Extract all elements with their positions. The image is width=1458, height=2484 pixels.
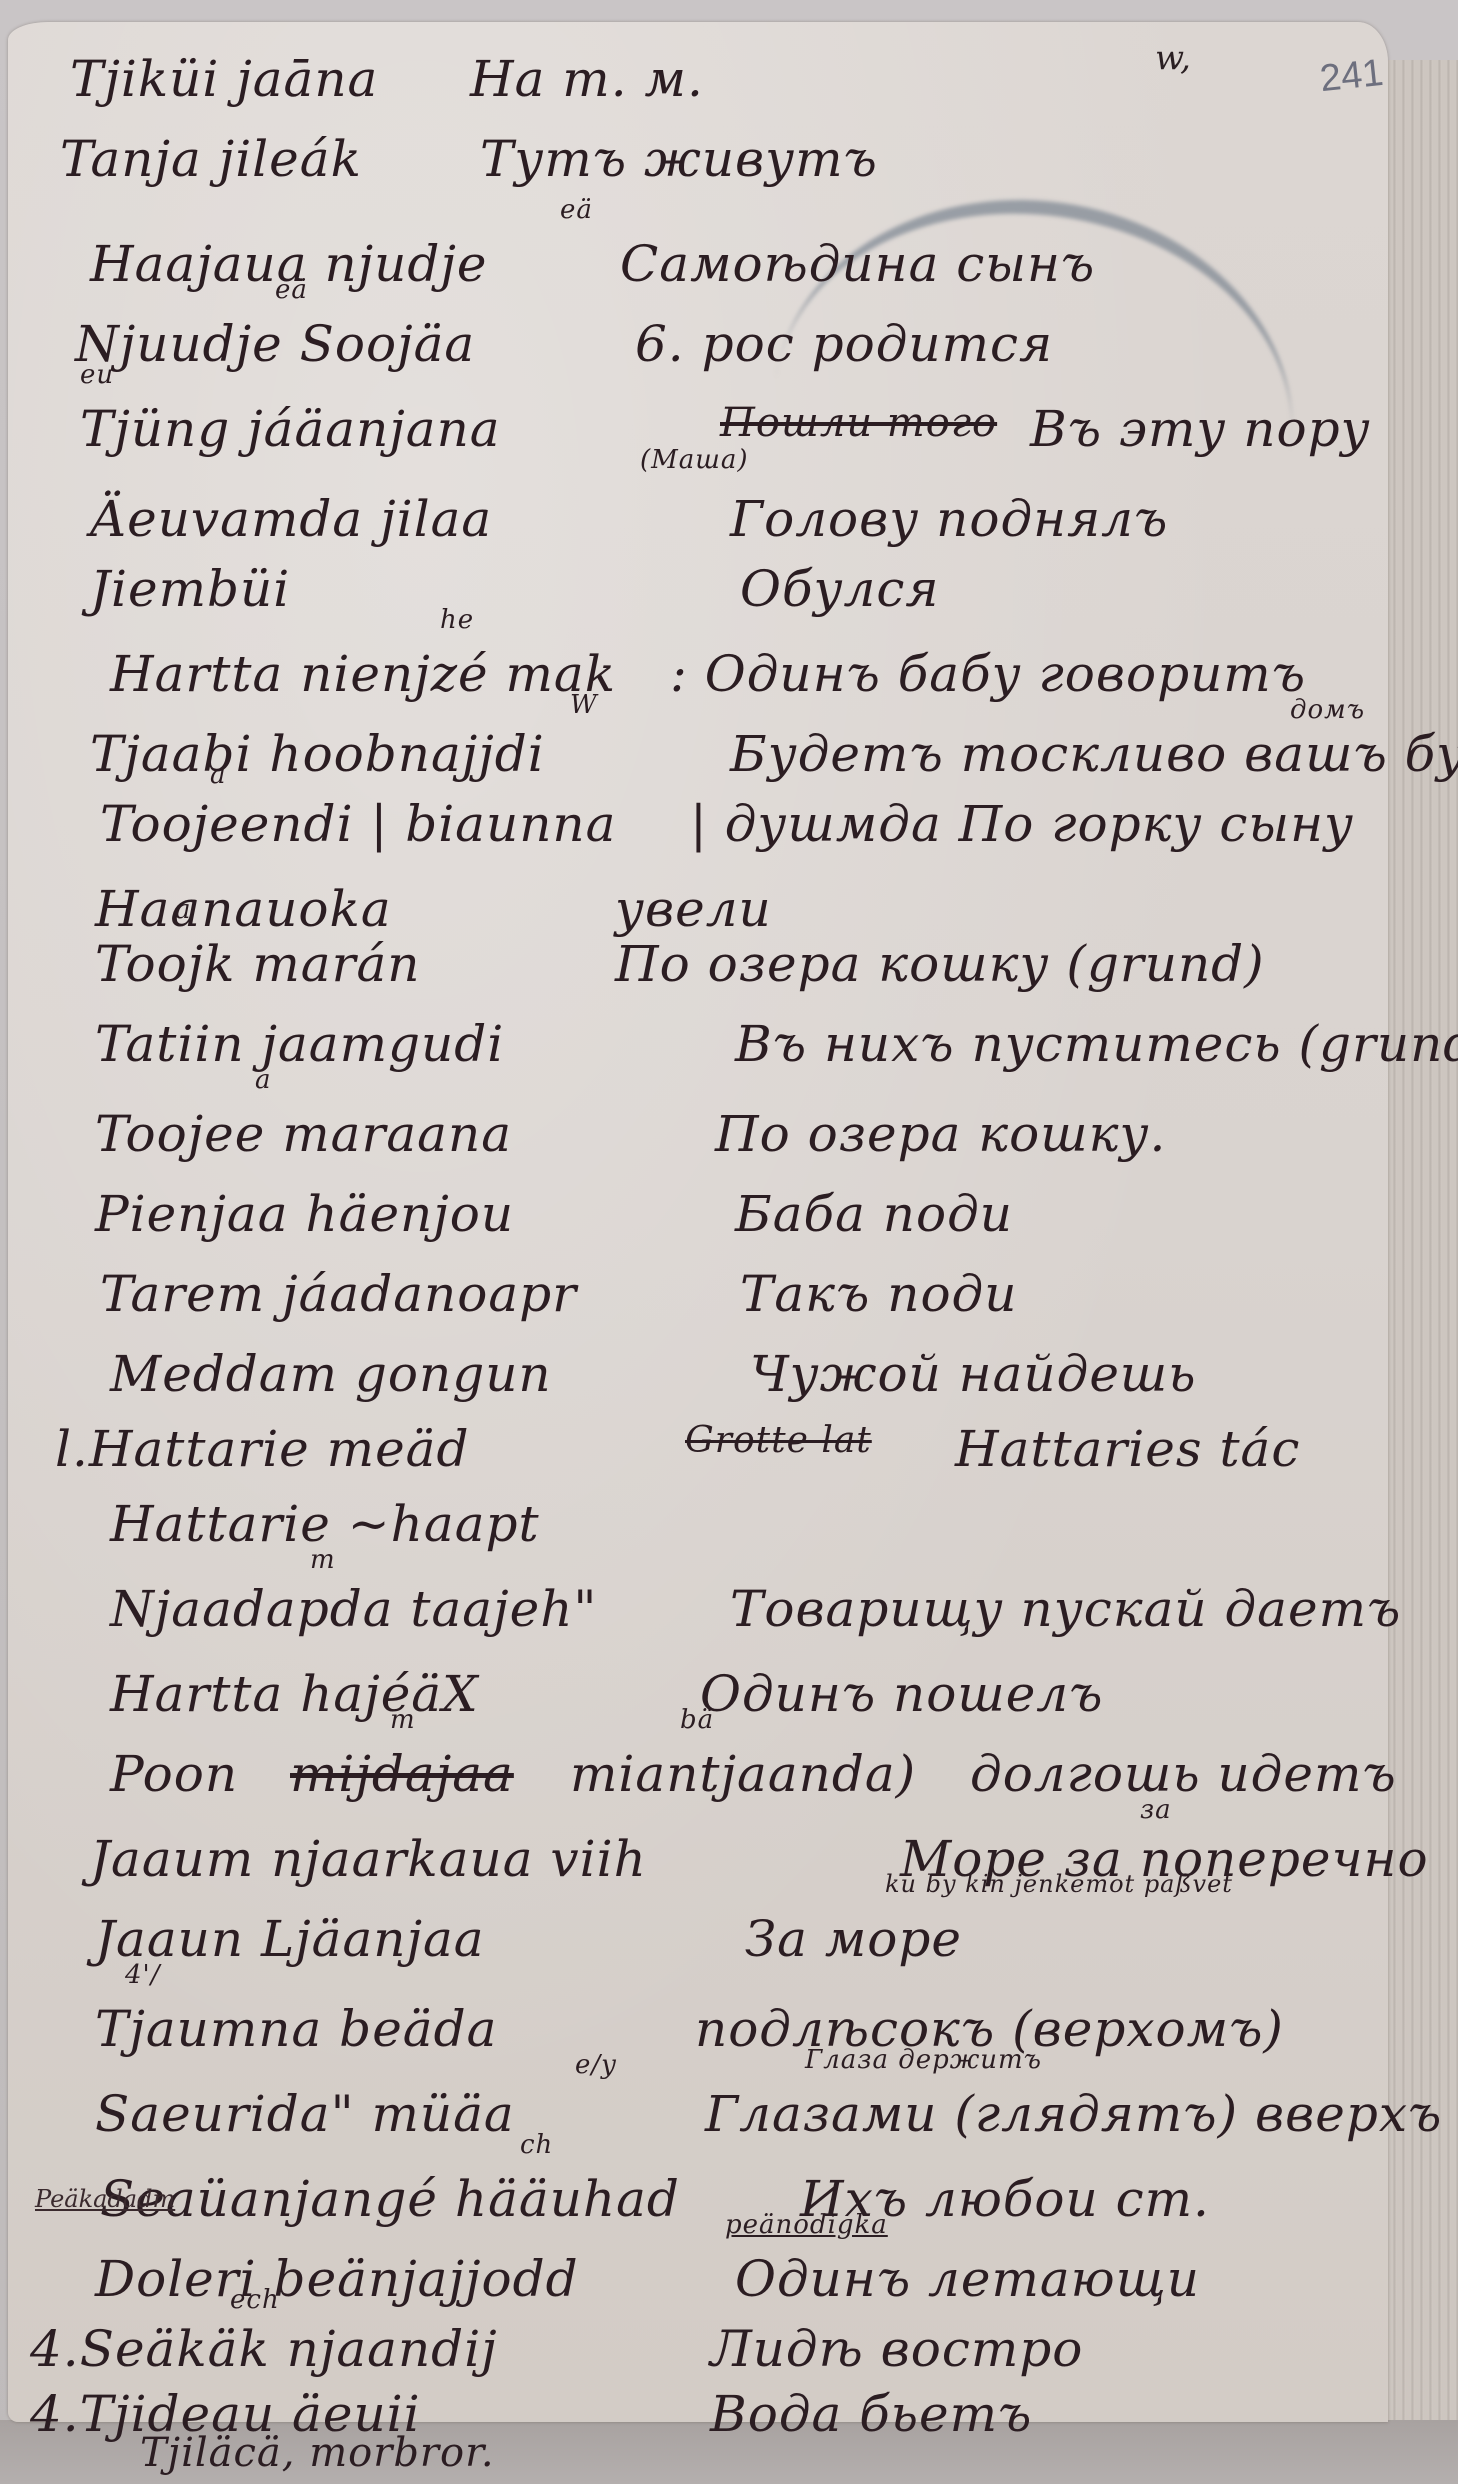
- struck-text: Grotte lat: [685, 1420, 872, 1461]
- manuscript-line: Tjiläcä, morbror.: [140, 2430, 495, 2476]
- sami-text: Njaadapda taajeh": [110, 1580, 597, 1638]
- struck-text: Пошли того: [720, 400, 997, 446]
- sami-text: Njuudje Soojäa: [75, 315, 475, 373]
- sami-text: Poon: [110, 1745, 238, 1803]
- manuscript-line: Meddam gongun Чужой найдешь: [110, 1345, 552, 1403]
- sami-text: Hartta nienjzé mak: [110, 645, 616, 703]
- superscript-note: ech: [230, 2285, 280, 2315]
- russian-text: Глазами (глядятъ) вверхъ: [705, 2085, 1442, 2143]
- superscript-note: a: [175, 895, 192, 925]
- manuscript-line: Hartta hajéäX Одинъ пошелъ: [110, 1665, 479, 1723]
- sami-text: Tjiküi jaāna: [70, 50, 378, 108]
- superscript-note: m: [310, 1545, 336, 1575]
- russian-text: увели: [615, 880, 772, 938]
- russian-text: : Одинъ бабу говоритъ: [670, 645, 1306, 703]
- manuscript-line: Toojk marán a По озера кошку (grund): [95, 935, 421, 993]
- russian-text: Такъ поди: [740, 1265, 1017, 1323]
- sami-text: Tanja jileák: [60, 130, 362, 188]
- manuscript-line: Pienjaa häenjou Баба поди: [95, 1185, 514, 1243]
- russian-text: 6. рос родится: [635, 315, 1053, 373]
- russian-text: Лидѣ вострo: [710, 2320, 1083, 2378]
- sami-text: Äeuvamda jilaa: [90, 490, 492, 548]
- superscript-note: a: [255, 1065, 272, 1095]
- manuscript-line: Doleri beänjajjodd Одинъ летающи peänodi…: [95, 2250, 579, 2308]
- note-text: Глаза держитъ: [805, 2045, 1042, 2075]
- superscript-note: 4'/: [125, 1960, 160, 1990]
- sami-text: Tjüng jáäanjana: [80, 400, 501, 458]
- sami-text: l.Hattarie meäd: [55, 1420, 470, 1478]
- russian-text: Въ эту пору: [1030, 400, 1371, 458]
- sami-text: Tjiläcä, morbror.: [140, 2430, 495, 2476]
- manuscript-line: Njuudje Soojäa eä 6. рос родится: [75, 315, 475, 373]
- superscript-note: eä: [275, 275, 308, 305]
- superscript-note: bä: [680, 1705, 714, 1735]
- sami-text: Tarem jáadanoapr: [100, 1265, 577, 1323]
- russian-text: долгошь идетъ: [970, 1745, 1397, 1803]
- sami-text: Hartta hajéäX: [110, 1665, 479, 1723]
- russian-text: Одинъ пошелъ: [700, 1665, 1103, 1723]
- russian-text: По озера кошку (grund): [615, 935, 1265, 993]
- russian-text: Баба поди: [735, 1185, 1013, 1243]
- russian-text: На т. м.: [470, 50, 704, 108]
- sami-text: Pienjaa häenjou: [95, 1185, 514, 1243]
- sami-text: Tatiin jaamgudi: [95, 1015, 504, 1073]
- sami-text: 4.Seäkäk njaandij: [30, 2320, 498, 2378]
- superscript-note: m: [390, 1705, 416, 1735]
- page-number: 241: [1318, 52, 1386, 101]
- russian-text: Въ нихъ пуститесь (grundt berget): [735, 1015, 1458, 1073]
- manuscript-line: Tjaumna beäda 4'/ подлѣсокъ (верхомъ): [95, 2000, 497, 2058]
- manuscript-line: Poon mijdajaa miantjaanda) m bä долгошь …: [110, 1745, 238, 1803]
- russian-text: За море: [745, 1910, 962, 1968]
- manuscript-line: Toojeendi | biaunna a | душмда По горку …: [100, 795, 616, 853]
- sami-text: Saeurida" müäa: [95, 2085, 515, 2143]
- superscript-note: eu: [80, 360, 114, 390]
- sami-text: Tjaumna beäda: [95, 2000, 497, 2058]
- superscript-note: W: [570, 690, 598, 720]
- sami-text: Seaüanjangé hääuhad: [100, 2170, 680, 2228]
- superscript-note: a: [210, 760, 227, 790]
- struck-text: mijdajaa: [290, 1745, 514, 1803]
- manuscript-line: Njaadapda taajeh" m Товарищу пускай дает…: [110, 1580, 597, 1638]
- manuscript-line: Haanauoka увели: [95, 880, 392, 938]
- russian-text: | душмда По горку сыну: [690, 795, 1354, 853]
- manuscript-line: Tjaabi hoobnajjdi W Будетъ тоскливо вашъ…: [90, 725, 545, 783]
- russian-text: Будетъ тоскливо вашъ бу-: [730, 725, 1458, 783]
- sami-text: Doleri beänjajjodd: [95, 2250, 579, 2308]
- margin-note: Peäkadadm: [35, 2185, 175, 2213]
- manuscript-line: Jaaum njaarkaua viih за Море за поперечн…: [90, 1830, 647, 1888]
- manuscript-line: Tjiküi jaāna На т. м.: [70, 50, 378, 108]
- superscript-note: eä: [560, 195, 593, 225]
- sami-text: Haanauoka: [95, 880, 392, 938]
- manuscript-line: Tarem jáadanoapr Такъ поди: [100, 1265, 577, 1323]
- manuscript-line: Tjüng jáäanjana eu Пошли того Въ эту пор…: [80, 400, 501, 458]
- manuscript-line: Saeurida" müäa e/y Глазами (глядятъ) вве…: [95, 2085, 515, 2143]
- note-text: ku by kin jenkemot paßvet: [885, 1870, 1233, 1898]
- russian-text: Самоѣдина сынъ: [620, 235, 1095, 293]
- manuscript-line: 4.Seäkäk njaandij ech Лидѣ вострo: [30, 2320, 498, 2378]
- russian-text: Обулся: [740, 560, 939, 618]
- superscript-note: e/y: [575, 2050, 617, 2080]
- manuscript-line: Seaüanjangé hääuhad ch Ихъ любои ст.: [100, 2170, 680, 2228]
- superscript-note: he: [440, 605, 474, 635]
- russian-text: По озера кошку.: [715, 1105, 1166, 1163]
- manuscript-line: Jiembüi Обулся: [90, 560, 290, 618]
- manuscript-line: l.Hattarie meäd Grotte lat Hattaries tác: [55, 1420, 470, 1478]
- page-edges: [1388, 60, 1458, 2440]
- sami-text: Tjaabi hoobnajjdi: [90, 725, 545, 783]
- sami-text-continued: miantjaanda): [570, 1745, 916, 1803]
- sami-text: Jiembüi: [90, 560, 290, 618]
- corner-mark: w,: [1155, 38, 1191, 78]
- sami-text: Meddam gongun: [110, 1345, 552, 1403]
- sami-text: Toojee maraana: [95, 1105, 512, 1163]
- sami-text: Toojk marán: [95, 935, 421, 993]
- russian-text: Чужой найдешь: [750, 1345, 1197, 1403]
- superscript-note: за: [1140, 1795, 1172, 1825]
- russian-text: Hattaries tác: [955, 1420, 1300, 1478]
- note-text: (Маша): [640, 445, 749, 475]
- note-text: peänodigka: [725, 2210, 888, 2240]
- russian-text: Вода бьетъ: [710, 2385, 1032, 2443]
- superscript-note: ch: [520, 2130, 553, 2160]
- manuscript-line: Tatiin jaamgudi Въ нихъ пуститесь (grund…: [95, 1015, 504, 1073]
- russian-text: Голову поднялъ: [730, 490, 1168, 548]
- sami-text: Jaaum njaarkaua viih: [90, 1830, 647, 1888]
- russian-text: Одинъ летающи: [735, 2250, 1200, 2308]
- manuscript-line: Hartta nienjzé mak he : Одинъ бабу говор…: [110, 645, 616, 703]
- sami-text: Toojeendi | biaunna: [100, 795, 616, 853]
- russian-text: Товарищу пускай даетъ: [730, 1580, 1401, 1638]
- manuscript-line: Tanja jileák Тутъ живутъ: [60, 130, 362, 188]
- note-text: домъ: [1290, 695, 1365, 725]
- manuscript-line: Äeuvamda jilaa Голову поднялъ: [90, 490, 492, 548]
- manuscript-line: Toojee maraana a По озера кошку.: [95, 1105, 512, 1163]
- russian-text: Тутъ живутъ: [480, 130, 878, 188]
